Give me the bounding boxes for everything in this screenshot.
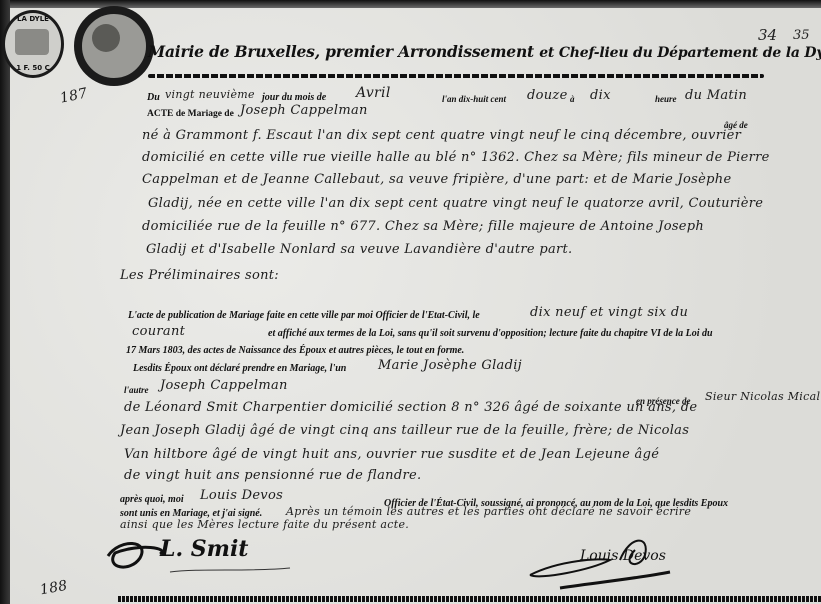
header-rule	[148, 74, 764, 78]
body-line-5: domiciliée rue de la feuille n° 677. Che…	[142, 219, 704, 234]
publication-line-3: 17 Mars 1803, des actes de Naissance des…	[126, 345, 464, 356]
publication-courant: courant	[132, 324, 185, 339]
handwritten-month: Avril	[356, 85, 391, 101]
handwritten-presence-name: Sieur Nicolas Mical	[705, 390, 820, 403]
stamp-image	[15, 29, 49, 55]
header-part-2: et Chef-lieu du Département de la Dyle.	[539, 45, 821, 61]
handwritten-hour: dix	[590, 88, 611, 103]
body-line-3: Cappelman et de Jeanne Callebaut, sa veu…	[142, 172, 731, 187]
signature-left: L. Smit	[160, 536, 248, 562]
document-header: Mairie de Bruxelles, premier Arrondissem…	[148, 42, 821, 61]
body-line-4: Gladij, née en cette ville l'an dix sept…	[148, 196, 763, 211]
printed-lan: l'an dix-huit cent	[442, 94, 506, 104]
printed-a: à	[570, 94, 575, 104]
stamp-top-text: LA DYLE	[5, 15, 61, 23]
ornamental-border	[118, 596, 821, 602]
body-line-2: domicilié en cette ville rue vieille hal…	[142, 150, 770, 165]
witness-line-2: Jean Joseph Gladij âgé de vingt cinq ans…	[120, 423, 689, 438]
body-line-6: Gladij et d'Isabelle Nonlard sa veuve La…	[146, 242, 572, 257]
closing-handwritten-1: Après un témoin les autres et les partie…	[286, 505, 691, 518]
witness-line-1: de Léonard Smit Charpentier domicilié se…	[124, 400, 697, 415]
printed-du: Du	[147, 92, 160, 103]
signature-right: Louis Devos	[580, 548, 666, 564]
publication-line-4: Lesdits Époux ont déclaré prendre en Mar…	[133, 363, 346, 374]
publication-dates: dix neuf et vingt six du	[530, 305, 688, 320]
publication-line-2: et affiché aux termes de la Loi, sans qu…	[268, 328, 713, 339]
publication-line-1: L'acte de publication de Mariage faite e…	[128, 310, 480, 321]
tax-stamp-icon: LA DYLE 1 F. 50 C	[2, 10, 64, 78]
handwritten-officer-name: Louis Devos	[200, 488, 283, 503]
binding-edge	[0, 0, 10, 604]
printed-heure: heure	[655, 94, 677, 104]
handwritten-day: vingt neuvième	[165, 88, 255, 101]
seal-stamp-icon	[74, 6, 154, 86]
seal-emblem	[92, 24, 120, 52]
handwritten-groom-name-2: Joseph Cappelman	[160, 378, 288, 393]
printed-jour-du-mois: jour du mois de	[262, 92, 326, 103]
handwritten-time: du Matin	[685, 88, 747, 103]
handwritten-year: douze	[527, 88, 568, 103]
preliminaires-line: Les Préliminaires sont:	[120, 268, 279, 283]
printed-lautre: l'autre	[124, 385, 149, 395]
page-number-2: 35	[793, 28, 810, 43]
printed-acte-de-mariage: ACTE de Mariage de	[147, 109, 234, 119]
handwritten-groom-name: Joseph Cappelman	[240, 103, 368, 118]
stamp-value-text: 1 F. 50 C	[5, 64, 61, 72]
page-number-1: 34	[758, 26, 777, 44]
closing-apres-quoi: après quoi, moi	[120, 494, 184, 505]
witness-line-3: Van hiltbore âgé de vingt huit ans, ouvr…	[124, 447, 659, 462]
witness-line-4: de vingt huit ans pensionné rue de fland…	[124, 468, 421, 483]
body-line-1: né à Grammont f. Escaut l'an dix sept ce…	[142, 128, 741, 143]
header-part-1: Mairie de Bruxelles, premier Arrondissem…	[148, 42, 534, 61]
handwritten-bride-name: Marie Josèphe Gladij	[378, 358, 522, 373]
